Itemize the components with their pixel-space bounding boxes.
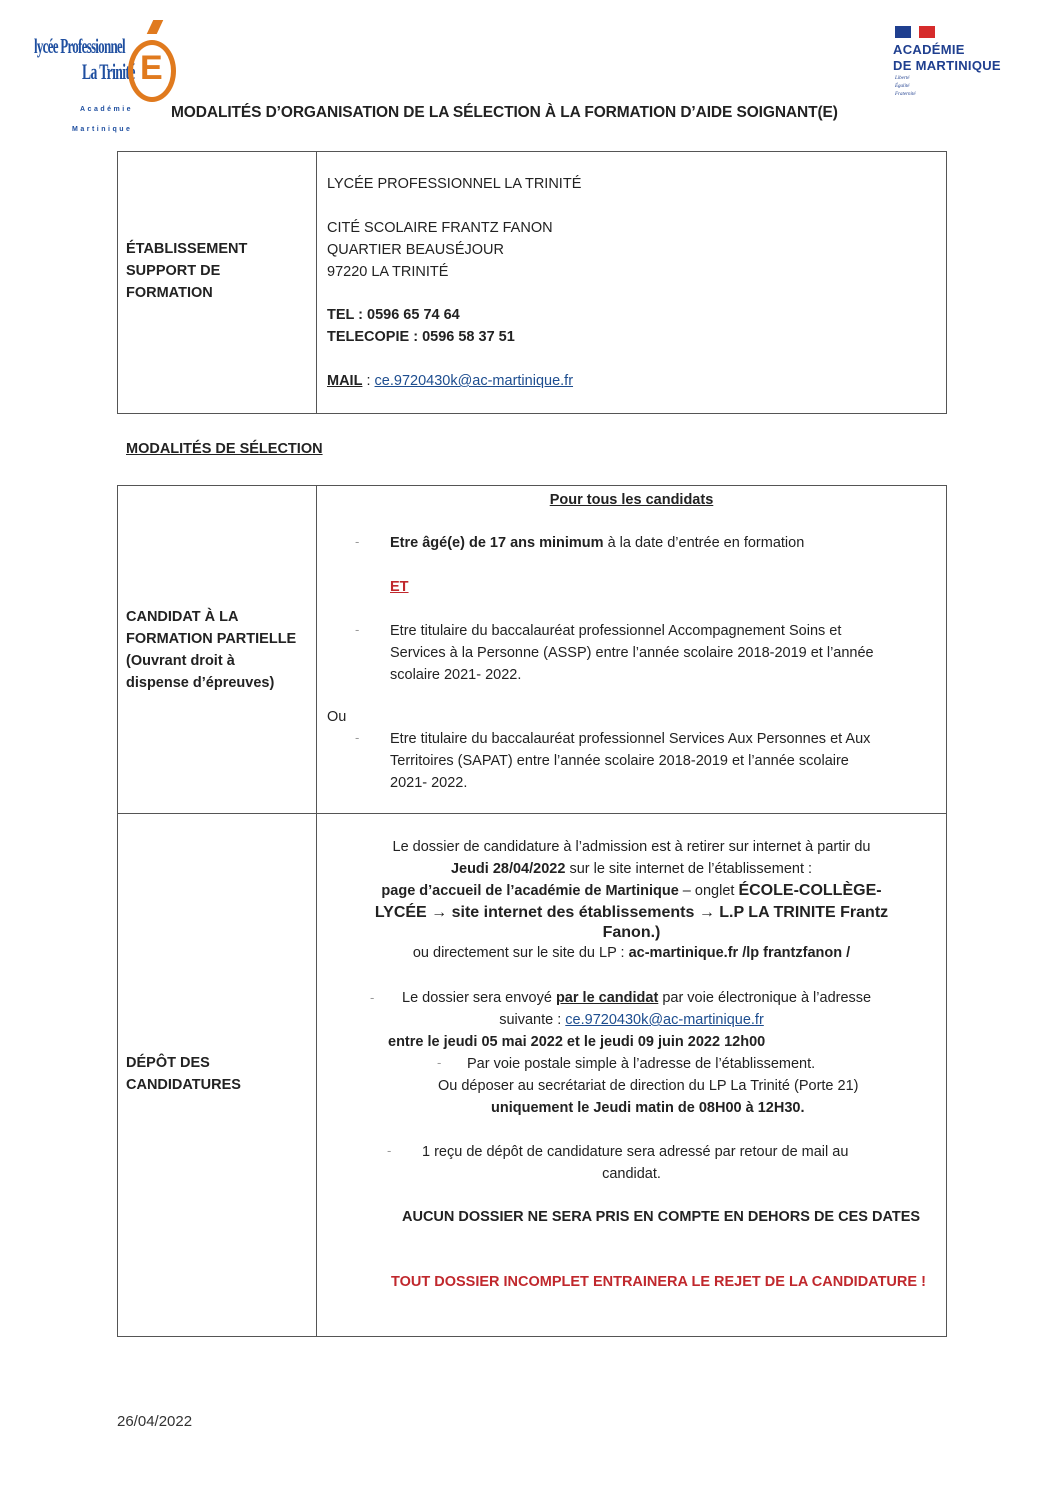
deposit-path-line3: Fanon.) (317, 922, 946, 944)
address-line2: QUARTIER BEAUSÉJOUR (327, 239, 504, 261)
deposit-path-line2: LYCÉE → site internet des établissements… (317, 902, 946, 924)
selection-heading: MODALITÉS DE SÉLECTION (126, 441, 323, 457)
school-logo: lycée Professionnel La Trinité E Académi… (30, 18, 180, 133)
document-title: MODALITÉS D’ORGANISATION DE LA SÉLECTION… (171, 104, 838, 122)
mail-label: MAIL (327, 373, 362, 389)
email-send-b: par voie électronique à l’adresse (658, 990, 871, 1006)
receipt-line2: candidat. (317, 1163, 946, 1185)
motto-egalite: Égalité (895, 84, 909, 89)
email-prefix: suivante : (499, 1012, 565, 1028)
academy-name-line1: ACADÉMIE (893, 42, 965, 57)
deposit-dates: entre le jeudi 05 mai 2022 et le jeudi 0… (388, 1031, 765, 1053)
path-tab-label: – onglet (679, 883, 739, 899)
or-connector: Ou (327, 706, 346, 728)
establishment-label-line3: FORMATION (126, 282, 213, 304)
establishment-table: ÉTABLISSEMENT SUPPORT DE FORMATION LYCÉE… (117, 151, 947, 414)
deposit-intro-line2: Jeudi 28/04/2022 sur le site internet de… (317, 858, 946, 880)
email-send-a: Le dossier sera envoyé (402, 990, 556, 1006)
logo-school-name-line2: La Trinité (82, 59, 135, 85)
age-requirement-bold: Etre âgé(e) de 17 ans minimum (390, 535, 604, 551)
all-candidates-header: Pour tous les candidats (317, 489, 946, 511)
mail-separator: : (362, 373, 374, 389)
telephone: TEL : 0596 65 74 64 (327, 304, 460, 326)
age-requirement-rest: à la date d’entrée en formation (604, 535, 805, 551)
direct-site-prefix: ou directement sur le site du LP : (413, 945, 629, 961)
partial-label-line2: FORMATION PARTIELLE (126, 628, 296, 650)
selection-table: CANDIDAT À LA FORMATION PARTIELLE (Ouvra… (117, 485, 947, 1337)
deposit-open-date: Jeudi 28/04/2022 (451, 861, 565, 877)
logo-accent-mark (147, 20, 164, 34)
motto-liberte: Liberté (895, 76, 909, 81)
establishment-label-line1: ÉTABLISSEMENT (126, 238, 247, 260)
partial-label-line3: (Ouvrant droit à (126, 650, 235, 672)
academy-logo: ACADÉMIE DE MARTINIQUE Liberté Égalité F… (893, 26, 1033, 106)
selection-label-column: CANDIDAT À LA FORMATION PARTIELLE (Ouvra… (118, 486, 317, 1336)
bullet-dash: - (370, 990, 374, 1005)
deposit-email-link[interactable]: ce.9720430k@ac-martinique.fr (565, 1012, 764, 1028)
address-line1: CITÉ SCOLAIRE FRANTZ FANON (327, 217, 553, 239)
assp-line1: Etre titulaire du baccalauréat professio… (390, 620, 841, 642)
email-send-line1: Le dossier sera envoyé par le candidat p… (402, 987, 871, 1009)
logo-school-name-line1: lycée Professionnel (34, 34, 125, 59)
logo-sub-martinique: Martinique (72, 126, 132, 133)
address-line3: 97220 LA TRINITÉ (327, 261, 448, 283)
partial-label-line4: dispense d’épreuves) (126, 672, 274, 694)
incomplete-rejection-warning: TOUT DOSSIER INCOMPLET ENTRAINERA LE REJ… (391, 1271, 926, 1293)
footer-date: 26/04/2022 (117, 1413, 192, 1430)
bullet-dash: - (355, 622, 359, 637)
academy-name-line2: DE MARTINIQUE (893, 58, 1001, 73)
deadline-warning: AUCUN DOSSIER NE SERA PRIS EN COMPTE EN … (402, 1206, 920, 1228)
establishment-label-cell: ÉTABLISSEMENT SUPPORT DE FORMATION (118, 152, 317, 413)
deposit-path-line1: page d’accueil de l’académie de Martiniq… (317, 880, 946, 902)
assp-line3: scolaire 2021- 2022. (390, 664, 521, 686)
bullet-dash: - (387, 1143, 391, 1158)
deposit-intro-line1: Le dossier de candidature à l’admission … (317, 836, 946, 858)
sapat-line3: 2021- 2022. (390, 772, 467, 794)
receipt-line1: 1 reçu de dépôt de candidature sera adre… (422, 1141, 848, 1163)
french-flag-icon (895, 26, 935, 38)
bullet-dash: - (355, 730, 359, 745)
fax: TELECOPIE : 0596 58 37 51 (327, 326, 515, 348)
email-send-line2: suivante : ce.9720430k@ac-martinique.fr (317, 1009, 946, 1031)
assp-line2: Services à la Personne (ASSP) entre l’an… (390, 642, 874, 664)
deposit-intro-rest: sur le site internet de l’établissement … (565, 861, 812, 877)
partial-label-line1: CANDIDAT À LA (126, 606, 239, 628)
email-send-by-candidate: par le candidat (556, 990, 658, 1006)
bullet-dash: - (437, 1055, 441, 1070)
postal-option: Par voie postale simple à l’adresse de l… (467, 1053, 815, 1075)
establishment-info-cell: LYCÉE PROFESSIONNEL LA TRINITÉ CITÉ SCOL… (317, 152, 946, 413)
office-option: Ou déposer au secrétariat de direction d… (438, 1075, 858, 1097)
and-connector: ET (390, 576, 409, 598)
deposit-label-line1: DÉPÔT DES (126, 1052, 210, 1074)
path-homepage: page d’accueil de l’académie de Martiniq… (381, 883, 678, 899)
deposit-label-line2: CANDIDATURES (126, 1074, 241, 1096)
sapat-line2: Territoires (SAPAT) entre l’année scolai… (390, 750, 849, 772)
path-tab-name: ÉCOLE-COLLÈGE- (738, 882, 881, 899)
deposit-direct-site: ou directement sur le site du LP : ac-ma… (317, 942, 946, 964)
establishment-name: LYCÉE PROFESSIONNEL LA TRINITÉ (327, 173, 581, 195)
logo-sub-academie: Académie (80, 106, 133, 113)
mail-link[interactable]: ce.9720430k@ac-martinique.fr (375, 373, 574, 389)
logo-e-letter: E (140, 51, 163, 85)
mail-line: MAIL : ce.9720430k@ac-martinique.fr (327, 370, 573, 392)
sapat-line1: Etre titulaire du baccalauréat professio… (390, 728, 870, 750)
office-hours: uniquement le Jeudi matin de 08H00 à 12H… (491, 1097, 804, 1119)
motto-fraternite: Fraternité (895, 92, 916, 97)
bullet-dash: - (355, 534, 359, 549)
age-requirement: Etre âgé(e) de 17 ans minimum à la date … (390, 532, 804, 554)
establishment-label-line2: SUPPORT DE (126, 260, 220, 282)
selection-content-column: Pour tous les candidats - Etre âgé(e) de… (317, 486, 946, 1336)
direct-site-url[interactable]: ac-martinique.fr /lp frantzfanon / (629, 945, 851, 961)
